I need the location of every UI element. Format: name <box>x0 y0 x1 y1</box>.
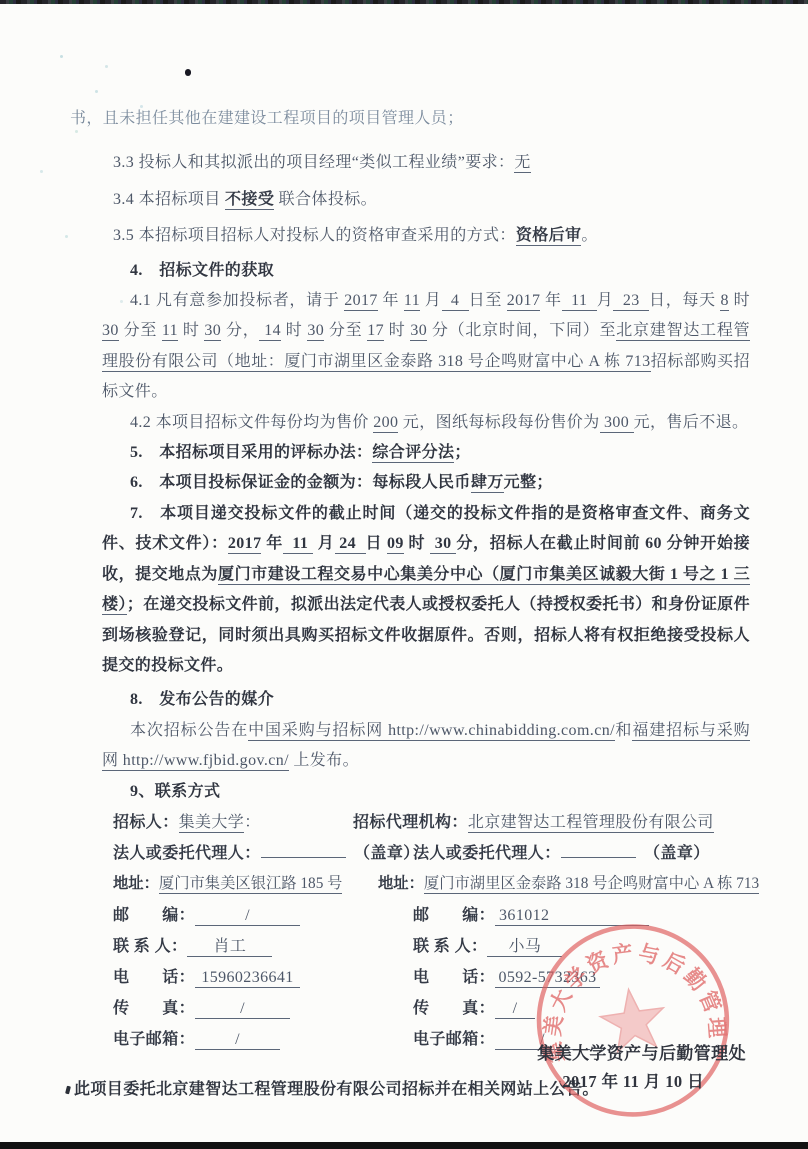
text-run: 日 <box>366 535 387 552</box>
fax-cell-right: 传 真：/ <box>413 995 535 1019</box>
signing-organization: 集美大学资产与后勤管理处 <box>537 1040 746 1068</box>
blank-underline <box>261 857 346 858</box>
fax-cell-left: 传 真：/ <box>113 995 413 1019</box>
text-run: 时 <box>281 322 307 339</box>
field-label: 电子邮箱： <box>113 1031 195 1048</box>
filled-minute: 30 <box>204 322 221 341</box>
section-9-heading: 9、联系方式 <box>102 777 750 807</box>
filled-minute: 30 <box>307 322 324 341</box>
red-seal-stamp: 集美大学资产与后勤管理处 <box>518 903 747 1139</box>
signing-date: 2017 年 11 月 10 日 <box>537 1068 746 1096</box>
text-run: ； <box>454 444 470 461</box>
rep-cell-right: 法人或委托代理人： （盖章） <box>413 840 710 863</box>
contact-row-address: 地址：厦门市集美区银江路 185 号 地址：厦门市湖里区金泰路 318 号企鸣财… <box>113 871 750 902</box>
postcode-cell-left: 邮 编：/ <box>113 902 413 926</box>
filled-month: 11 <box>404 292 420 311</box>
text-run: 本次招标公告在 <box>130 722 248 739</box>
field-label: 电 话： <box>113 969 195 986</box>
section-4-heading: 4. 招标文件的获取 <box>102 256 750 286</box>
filled-day: 4 <box>442 292 469 311</box>
text-run: 日至 <box>469 292 507 309</box>
publish-site-link: 中国采购与招标网 http://www.chinabidding.com.cn/ <box>248 722 615 741</box>
text-run: 和 <box>615 722 632 739</box>
text-run: 时 <box>178 322 204 339</box>
text-run: 时 <box>404 535 430 552</box>
scan-artifact-bottom-edge <box>0 1142 808 1149</box>
text-run: 月 <box>597 292 614 309</box>
tenderer-name: 集美大学 <box>179 814 245 833</box>
filled-hour: 11 <box>162 322 178 341</box>
contact-row-tenderer: 招标人：集美大学： 招标代理机构：北京建智达工程管理股份有限公司 <box>113 809 750 840</box>
text-run: 分至 <box>324 322 367 339</box>
section-8-heading: 8. 发布公告的媒介 <box>102 685 750 715</box>
text-run: 时 <box>384 322 410 339</box>
filled-hour: 17 <box>367 322 384 341</box>
text-run: 日，每天 <box>649 292 720 309</box>
filled-minute: 30 <box>410 322 427 341</box>
field-label: 电子邮箱： <box>413 1031 495 1048</box>
text-run: 3.5 本招标项目招标人对投标人的资格审查采用的方式： <box>113 227 516 244</box>
text-run: 年 <box>261 535 282 552</box>
agency-name: 北京建智达工程管理股份有限公司 <box>468 814 714 833</box>
filled-value: 资格后审 <box>516 227 582 246</box>
scan-noise-speckles <box>60 55 63 58</box>
filled-value: 不接受 <box>225 191 274 210</box>
section-6: 6. 本项目投标保证金的金额为：每标段人民币肆万元整； <box>102 468 750 498</box>
blank-underline <box>561 857 636 858</box>
field-label: 招标代理机构： <box>353 814 468 831</box>
text-run: 联合体投标。 <box>274 191 377 208</box>
text-run: 3.3 投标人和其拟派出的项目经理“类似工程业绩”要求： <box>113 154 514 171</box>
contact-person: 肖工 <box>187 933 272 957</box>
text-run: 5. 本招标项目采用的评标办法： <box>130 444 372 461</box>
filled-month: 11 <box>283 535 313 554</box>
address-cell-right: 地址：厦门市湖里区金泰路 318 号企鸣财富中心 A 栋 713 <box>378 871 759 893</box>
agency-cell: 招标代理机构：北京建智达工程管理股份有限公司 <box>353 809 714 832</box>
clause-3-3: 3.3 投标人和其拟派出的项目经理“类似工程业绩”要求：无 <box>102 148 750 178</box>
filled-month: 11 <box>562 292 597 311</box>
text-run: 。 <box>581 227 597 244</box>
filled-value: 无 <box>514 154 530 173</box>
agency-address: 厦门市湖里区金泰路 318 号企鸣财富中心 A 栋 713 <box>424 875 759 894</box>
text-run: 年 <box>540 292 561 309</box>
text-run: 时 <box>729 292 750 309</box>
text-run: 月 <box>420 292 441 309</box>
tenderer-address: 厦门市集美区银江路 185 号 <box>159 875 343 894</box>
intro-continuation-line: 书，且未担任其他在建建设工程项目的项目管理人员； <box>70 104 750 134</box>
section-5: 5. 本招标项目采用的评标办法：综合评分法； <box>102 438 750 468</box>
filled-minute: 30 <box>430 535 456 554</box>
filled-method: 综合评分法 <box>372 444 454 463</box>
field-label: 传 真： <box>113 1000 195 1017</box>
text-run: 元，售后不退。 <box>634 414 749 431</box>
field-label: 招标人： <box>113 814 179 831</box>
text-run: 分（北京时间，下同）至 <box>427 322 616 339</box>
field-label: 联 系 人： <box>113 938 187 955</box>
text-run: ： <box>244 814 260 831</box>
text-run: ；在递交投标文件前，拟派出法定代表人或授权委托人（持授权委托书）和身份证原件到场… <box>102 596 750 674</box>
fax-value: / <box>195 1000 290 1019</box>
field-label: 地址： <box>378 875 424 892</box>
postcode-value: / <box>195 907 300 926</box>
text-run: 上发布。 <box>289 752 359 769</box>
text-run: 月 <box>313 535 334 552</box>
text-run: 元整； <box>504 474 553 491</box>
note-text: 此项目委托北京建智达工程管理股份有限公司招标并在相关网站上公告。 <box>74 1081 599 1098</box>
filled-hour: 8 <box>720 292 728 311</box>
text-run: 4.2 本项目招标文件每份均为售价 <box>130 414 373 431</box>
clause-4-1: 4.1 凡有意参加投标者，请于 2017 年 11 月 4 日至 2017 年 … <box>102 286 750 408</box>
field-label: 联 系 人： <box>413 938 487 955</box>
phone-cell-left: 电 话：15960236641 <box>113 964 413 988</box>
filled-price: 300 <box>600 414 634 433</box>
text-run: 3.4 本招标项目 <box>113 191 225 208</box>
signature-block: 集美大学资产与后勤管理处 2017 年 11 月 10 日 <box>537 1040 746 1096</box>
clause-4-2: 4.2 本项目招标文件每份均为售价 200 元，图纸每标段每份售价为 300 元… <box>102 408 750 438</box>
filled-year: 2017 <box>228 535 262 554</box>
text-run: 6. 本项目投标保证金的金额为：每标段人民币 <box>130 474 471 491</box>
filled-day: 23 <box>613 292 649 311</box>
text-run: 分， <box>221 322 259 339</box>
filled-minute: 30 <box>102 322 119 341</box>
seal-hint: （盖章） <box>362 845 420 862</box>
section-7: 7. 本项目递交投标文件的截止时间（递交的投标文件指的是资格审查文件、商务文件、… <box>102 499 750 681</box>
field-label: 邮 编： <box>113 907 195 924</box>
field-label: 邮 编： <box>413 907 495 924</box>
text-run: 元，图纸每标段每份售价为 <box>398 414 599 431</box>
field-label: 法人或委托代理人： <box>113 845 261 862</box>
clause-3-5: 3.5 本招标项目招标人对投标人的资格审查采用的方式：资格后审。 <box>102 221 750 251</box>
scanned-page: 书，且未担任其他在建建设工程项目的项目管理人员； 3.3 投标人和其拟派出的项目… <box>0 0 808 1149</box>
filled-year: 2017 <box>344 292 378 311</box>
tenderer-cell: 招标人：集美大学： <box>113 809 353 832</box>
person-cell-left: 联 系 人：肖工 <box>113 933 413 957</box>
field-label: 电 话： <box>413 969 495 986</box>
scan-artifact-dot <box>185 69 191 76</box>
email-cell-left: 电子邮箱：/ <box>113 1026 413 1050</box>
email-value: / <box>195 1031 280 1050</box>
rep-cell-left: 法人或委托代理人： （盖章） <box>113 840 413 863</box>
contact-row-representative: 法人或委托代理人： （盖章） 法人或委托代理人： （盖章） <box>113 840 750 871</box>
field-label: 传 真： <box>413 1000 495 1017</box>
filled-price: 200 <box>373 414 398 433</box>
address-cell-left: 地址：厦门市集美区银江路 185 号 <box>113 871 378 893</box>
text-run: 分至 <box>119 322 162 339</box>
filled-amount: 肆万 <box>471 474 504 493</box>
field-label: 地址： <box>113 875 159 892</box>
filled-hour: 14 <box>259 322 281 341</box>
text-run: 年 <box>378 292 404 309</box>
section-8-body: 本次招标公告在中国采购与招标网 http://www.chinabidding.… <box>102 716 750 777</box>
text-run: 4.1 凡有意参加投标者，请于 <box>130 292 344 309</box>
scan-artifact-top-edge <box>0 0 808 4</box>
tick-mark-icon <box>65 1086 71 1095</box>
clause-3-4: 3.4 本招标项目 不接受 联合体投标。 <box>102 185 750 215</box>
filled-day: 24 <box>335 535 366 554</box>
field-label: 法人或委托代理人： <box>413 845 561 862</box>
seal-hint: （盖章） <box>652 845 710 862</box>
phone-number: 15960236641 <box>195 969 300 988</box>
filled-year: 2017 <box>507 292 541 311</box>
filled-hour: 09 <box>387 535 404 554</box>
